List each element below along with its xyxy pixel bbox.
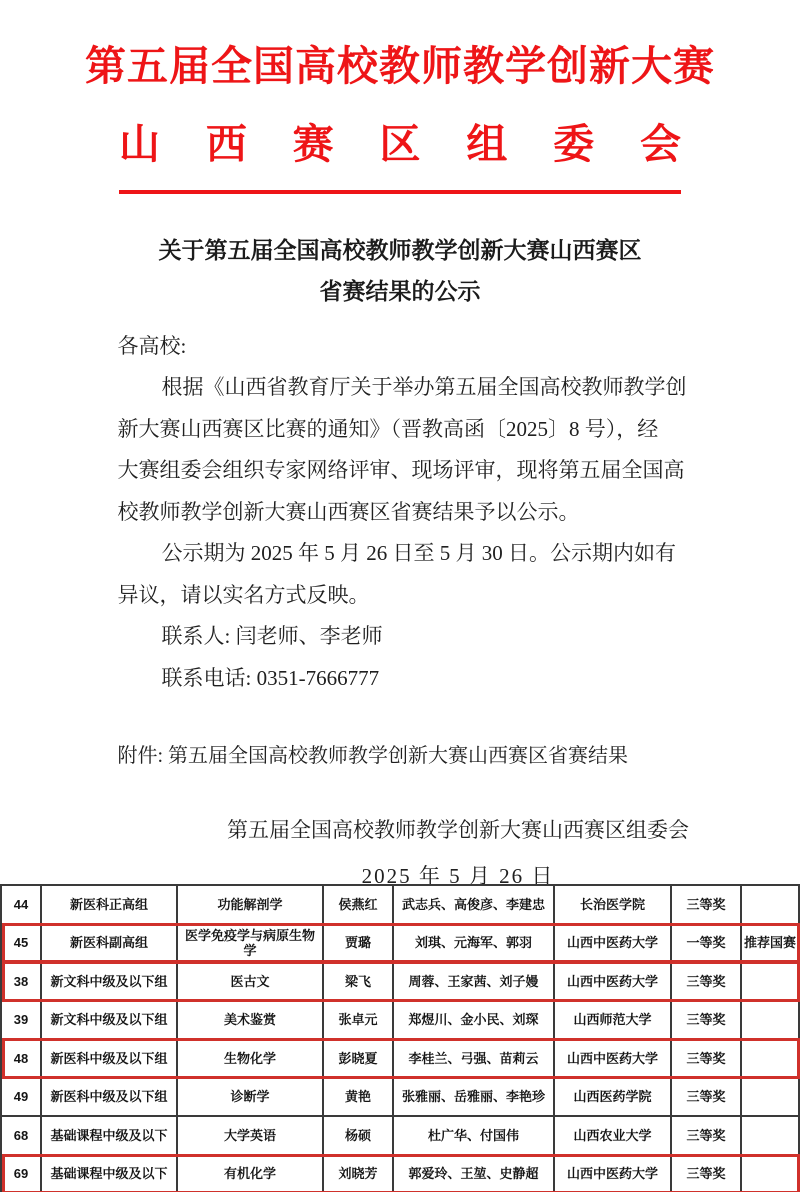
notice-body-line: 大赛组委会组织专家网络评审、现场评审，现将第五届全国高 — [118, 450, 683, 492]
table-cell-course: 有机化学 — [178, 1156, 324, 1192]
table-cell-no: 68 — [2, 1117, 42, 1156]
notice-body-line: 新大赛山西赛区比赛的通知》（晋教高函〔2025〕8 号），经 — [118, 409, 683, 451]
org-title-char: 委 — [553, 118, 594, 170]
table-cell-note — [742, 1002, 800, 1041]
table-cell-team: 郑煜川、金小民、刘琛 — [394, 1002, 555, 1041]
table-cell-school: 山西师范大学 — [555, 1002, 672, 1041]
table-cell-team: 李桂兰、弓强、苗莉云 — [394, 1040, 555, 1079]
table-cell-no: 38 — [2, 963, 42, 1002]
table-cell-team: 郭爱玲、王堃、史静超 — [394, 1156, 555, 1192]
table-cell-presenter: 张卓元 — [324, 1002, 394, 1041]
attachment-line: 附件: 第五届全国高校教师教学创新大赛山西赛区省赛结果 — [118, 741, 683, 771]
org-title-char: 组 — [466, 118, 507, 170]
table-cell-course: 功能解剖学 — [178, 886, 324, 925]
notice-title: 关于第五届全国高校教师教学创新大赛山西赛区 省赛结果的公示 — [0, 230, 800, 312]
table-cell-course: 医古文 — [178, 963, 324, 1002]
notice-body-line: 联系电话: 0351-7666777 — [118, 658, 683, 700]
salutation: 各高校: — [118, 326, 683, 367]
table-cell-award: 三等奖 — [672, 886, 742, 925]
table-cell-presenter: 黄艳 — [324, 1079, 394, 1118]
table-cell-no: 48 — [2, 1040, 42, 1079]
table-cell-team: 武志兵、高俊彦、李建忠 — [394, 886, 555, 925]
table-cell-team: 周蓉、王家茜、刘子嫚 — [394, 963, 555, 1002]
table-row: 44新医科正高组功能解剖学侯燕红武志兵、高俊彦、李建忠长治医学院三等奖 — [2, 886, 800, 925]
table-cell-presenter: 梁飞 — [324, 963, 394, 1002]
table-cell-group: 新医科中级及以下组 — [42, 1040, 178, 1079]
table-cell-group: 基础课程中级及以下 — [42, 1156, 178, 1192]
table-cell-school: 长治医学院 — [555, 886, 672, 925]
org-title-char: 会 — [640, 118, 681, 170]
table-cell-group: 新文科中级及以下组 — [42, 963, 178, 1002]
table-cell-school: 山西中医药大学 — [555, 1040, 672, 1079]
table-cell-no: 44 — [2, 886, 42, 925]
table-cell-note — [742, 1079, 800, 1118]
table-cell-team: 杜广华、付国伟 — [394, 1117, 555, 1156]
table-cell-presenter: 侯燕红 — [324, 886, 394, 925]
table-cell-school: 山西中医药大学 — [555, 963, 672, 1002]
org-title-char: 赛 — [293, 118, 334, 170]
table-cell-presenter: 杨硕 — [324, 1117, 394, 1156]
table-cell-no: 69 — [2, 1156, 42, 1192]
table-cell-note — [742, 963, 800, 1002]
notice-body-line: 异议，请以实名方式反映。 — [118, 575, 683, 617]
table-cell-team: 刘琪、元海军、郭羽 — [394, 925, 555, 964]
table-cell-presenter: 彭晓夏 — [324, 1040, 394, 1079]
table-cell-school: 山西农业大学 — [555, 1117, 672, 1156]
notice-body: 各高校: 根据《山西省教育厅关于举办第五届全国高校教师教学创新大赛山西赛区比赛的… — [118, 326, 683, 699]
table-row-highlighted: 48新医科中级及以下组生物化学彭晓夏李桂兰、弓强、苗莉云山西中医药大学三等奖 — [2, 1040, 800, 1079]
table-row: 49新医科中级及以下组诊断学黄艳张雅丽、岳雅丽、李艳珍山西医药学院三等奖 — [2, 1079, 800, 1118]
org-title-char: 山 — [119, 118, 160, 170]
table-cell-note: 推荐国赛 — [742, 925, 800, 964]
table-cell-group: 新医科中级及以下组 — [42, 1079, 178, 1118]
table-cell-award: 三等奖 — [672, 1156, 742, 1192]
notice-body-line: 公示期为 2025 年 5 月 26 日至 5 月 30 日。公示期内如有 — [118, 533, 683, 575]
table-cell-school: 山西医药学院 — [555, 1079, 672, 1118]
table-cell-team: 张雅丽、岳雅丽、李艳珍 — [394, 1079, 555, 1118]
table-cell-note — [742, 886, 800, 925]
table-cell-course: 诊断学 — [178, 1079, 324, 1118]
letterhead-divider — [119, 190, 681, 194]
table-cell-course: 美术鉴赏 — [178, 1002, 324, 1041]
table-cell-note — [742, 1117, 800, 1156]
table-row-highlighted: 45新医科副高组医学免疫学与病原生物学贾璐刘琪、元海军、郭羽山西中医药大学一等奖… — [2, 925, 800, 964]
table-cell-course: 医学免疫学与病原生物学 — [178, 925, 324, 964]
table-cell-group: 新医科正高组 — [42, 886, 178, 925]
org-title-char: 西 — [206, 118, 247, 170]
table-cell-course: 大学英语 — [178, 1117, 324, 1156]
table-row: 39新文科中级及以下组美术鉴赏张卓元郑煜川、金小民、刘琛山西师范大学三等奖 — [2, 1002, 800, 1041]
notice-body-line: 联系人: 闫老师、李老师 — [118, 616, 683, 658]
notice-page: { "colors": { "header_red": "#ee1517", "… — [0, 0, 800, 1192]
notice-title-line1: 关于第五届全国高校教师教学创新大赛山西赛区 — [0, 230, 800, 271]
signature-org: 第五届全国高校教师教学创新大赛山西赛区组委会 — [116, 813, 800, 847]
table-cell-group: 新文科中级及以下组 — [42, 1002, 178, 1041]
table-row-highlighted: 38新文科中级及以下组医古文梁飞周蓉、王家茜、刘子嫚山西中医药大学三等奖 — [2, 963, 800, 1002]
table-cell-award: 三等奖 — [672, 1117, 742, 1156]
org-title-char: 区 — [379, 118, 420, 170]
org-title-line2: 山西赛区组委会 — [119, 118, 681, 170]
table-cell-school: 山西中医药大学 — [555, 925, 672, 964]
notice-body-lines: 根据《山西省教育厅关于举办第五届全国高校教师教学创新大赛山西赛区比赛的通知》（晋… — [118, 367, 683, 699]
table-row-highlighted: 69基础课程中级及以下有机化学刘晓芳郭爱玲、王堃、史静超山西中医药大学三等奖 — [2, 1156, 800, 1192]
table-cell-course: 生物化学 — [178, 1040, 324, 1079]
table-cell-award: 三等奖 — [672, 1040, 742, 1079]
table-cell-presenter: 贾璐 — [324, 925, 394, 964]
notice-title-line2: 省赛结果的公示 — [0, 271, 800, 312]
table-cell-no: 39 — [2, 1002, 42, 1041]
results-table: 44新医科正高组功能解剖学侯燕红武志兵、高俊彦、李建忠长治医学院三等奖45新医科… — [0, 884, 800, 1192]
table-cell-award: 一等奖 — [672, 925, 742, 964]
table-row: 68基础课程中级及以下大学英语杨硕杜广华、付国伟山西农业大学三等奖 — [2, 1117, 800, 1156]
org-title-line1: 第五届全国高校教师教学创新大赛 — [0, 40, 800, 92]
table-cell-presenter: 刘晓芳 — [324, 1156, 394, 1192]
table-cell-school: 山西中医药大学 — [555, 1156, 672, 1192]
signature-block: 第五届全国高校教师教学创新大赛山西赛区组委会 2025 年 5 月 26 日 — [0, 813, 800, 893]
table-cell-group: 新医科副高组 — [42, 925, 178, 964]
letterhead: 第五届全国高校教师教学创新大赛 山西赛区组委会 — [0, 0, 800, 194]
notice-body-line: 根据《山西省教育厅关于举办第五届全国高校教师教学创 — [118, 367, 683, 409]
table-cell-group: 基础课程中级及以下 — [42, 1117, 178, 1156]
table-cell-note — [742, 1040, 800, 1079]
table-cell-award: 三等奖 — [672, 1079, 742, 1118]
notice-body-line: 校教师教学创新大赛山西赛区省赛结果予以公示。 — [118, 492, 683, 534]
table-cell-award: 三等奖 — [672, 963, 742, 1002]
table-cell-award: 三等奖 — [672, 1002, 742, 1041]
table-cell-no: 49 — [2, 1079, 42, 1118]
table-cell-note — [742, 1156, 800, 1192]
table-cell-no: 45 — [2, 925, 42, 964]
